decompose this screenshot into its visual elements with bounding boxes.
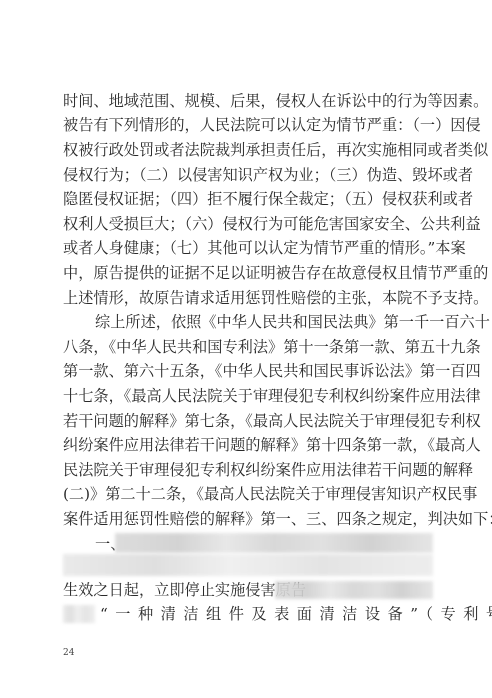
text-line: 纠纷案件应用法律若干问题的解释》第十四条第一款，《最高人: [63, 435, 431, 455]
redacted-block: [115, 533, 433, 553]
text-line: 十七条，《最高人民法院关于审理侵犯专利权纠纷案件应用法律: [63, 386, 431, 406]
redacted-block: [63, 605, 95, 623]
page-number: 24: [63, 648, 74, 658]
redacted-block: [63, 554, 433, 576]
text-line: 中，原告提供的证据不足以证明被告存在故意侵权且情节严重的: [63, 263, 431, 283]
text-line: 第一款、第六十五条，《中华人民共和国民事诉讼法》第一百四: [63, 361, 431, 381]
text-line: 生效之日起，立即停止实施侵害原告: [63, 580, 303, 600]
text-line: 权利人受损巨大；（六）侵权行为可能危害国家安全、公共利益: [63, 214, 431, 234]
document-page: 时间、地域范围、规模、后果，侵权人在诉讼中的行为等因素。 被告有下列情形的，人民…: [0, 0, 492, 698]
text-line: (二)》第二十二条，《最高人民法院关于审理侵害知识产权民事: [63, 484, 431, 504]
text-line: 侵权行为；（二）以侵害知识产权为业；（三）伪造、毁坏或者: [63, 165, 431, 185]
text-line: 八条，《中华人民共和国专利法》第十一条第一款、第五十九条: [63, 337, 431, 357]
text-line: 案件适用惩罚性赔偿的解释》第一、三、四条之规定，判决如下：: [63, 509, 431, 529]
text-line: 若干问题的解释》第七条，《最高人民法院关于审理侵犯专利权: [63, 411, 431, 431]
text-line: 时间、地域范围、规模、后果，侵权人在诉讼中的行为等因素。: [63, 91, 431, 111]
text-line: 被告有下列情形的，人民法院可以认定为情节严重：（一）因侵: [63, 115, 431, 135]
text-line: 隐匿侵权证据；（四）拒不履行保全裁定；（五）侵权获利或者: [63, 189, 431, 209]
text-line: “一种清洁组件及表面清洁设备”（专利号为: [100, 604, 435, 624]
redacted-block: [275, 581, 433, 599]
text-line: 民法院关于审理侵犯专利权纠纷案件应用法律若干问题的解释: [63, 460, 431, 480]
paragraph-start-line: 综上所述，依照《中华人民共和国民法典》第一千一百六十: [95, 312, 431, 332]
text-line: 或者人身健康；（七）其他可以认定为情节严重的情形。”本案: [63, 238, 431, 258]
text-line: 上述情形，故原告请求适用惩罚性赔偿的主张，本院不予支持。: [63, 288, 431, 308]
text-line: 权被行政处罚或者法院裁判承担责任后，再次实施相同或者类似: [63, 140, 431, 160]
